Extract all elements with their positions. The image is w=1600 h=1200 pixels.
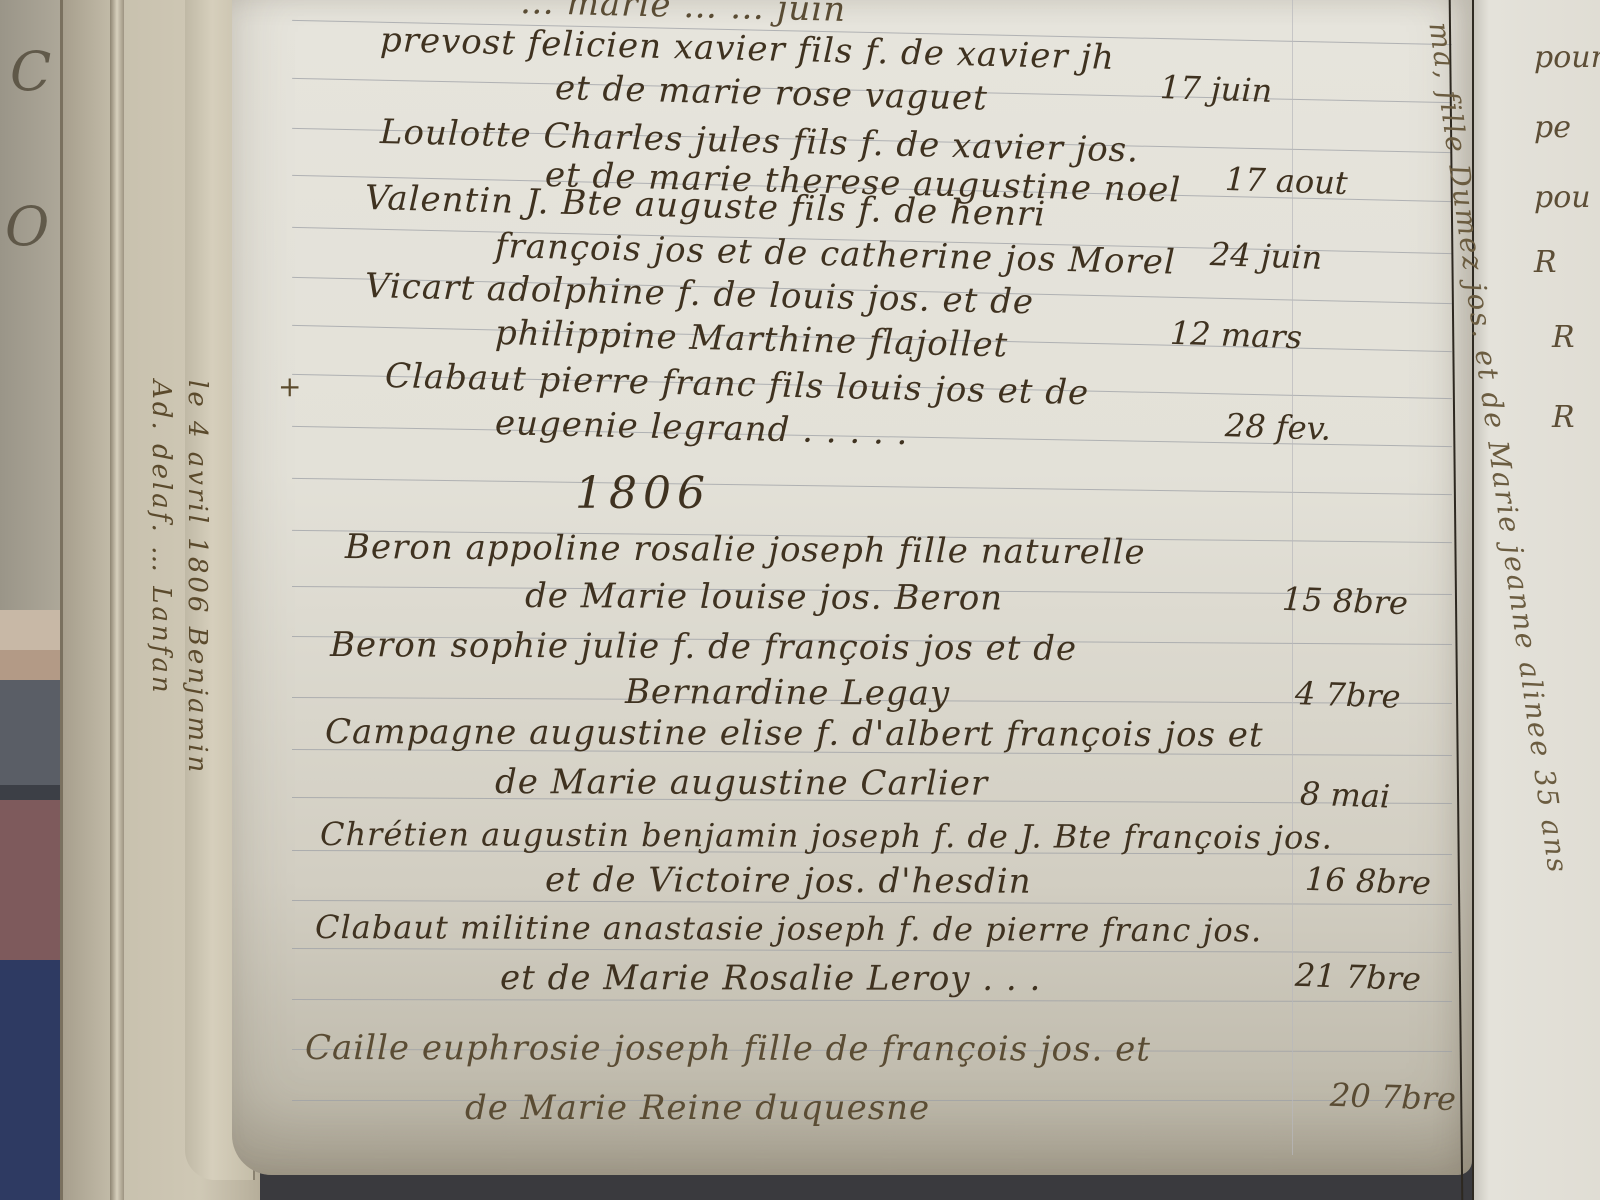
entry-name-line: Beron appoline rosalie joseph fille natu… (345, 527, 1146, 573)
facing-page-word: R (1552, 320, 1575, 355)
entry-date: 24 juin (1209, 235, 1323, 277)
entry-date: 21 7bre (1294, 956, 1421, 998)
ruled-line (292, 999, 1452, 1002)
facing-page-word: R (1552, 400, 1575, 435)
entry-date: 28 fev. (1224, 406, 1331, 448)
entry-parent-line: et de Victoire jos. d'hesdin (545, 860, 1032, 902)
margin-note-line: le 4 avril 1806 Benjamin (179, 380, 215, 775)
entry-name-line: Caille euphrosie joseph fille de françoi… (305, 1028, 1151, 1069)
facing-page-word: pou (1534, 180, 1591, 215)
background-glyph: C (10, 40, 51, 103)
facing-page-word: pe (1534, 110, 1571, 145)
entry-parent-line: de Marie louise jos. Beron (525, 576, 1003, 619)
margin-note-left: le 4 avril 1806 Benjamin Ad. delaf. … La… (143, 380, 215, 775)
book-cover-edge (110, 0, 124, 1200)
ruled-line (292, 948, 1452, 953)
background-glyph: O (5, 195, 49, 258)
entry-date: 17 aout (1224, 160, 1348, 202)
background-shelf (0, 680, 65, 785)
entry-date: 17 juin (1159, 68, 1273, 110)
margin-cross: + (278, 370, 301, 403)
entry-parent-line: de Marie Reine duquesne (465, 1088, 930, 1128)
entry-name-line: Beron sophie julie f. de françois jos et… (330, 625, 1077, 669)
entry-date: 4 7bre (1294, 674, 1401, 716)
entry-name-line: Clabaut militine anastasie joseph f. de … (315, 908, 1262, 949)
facing-page-word: R (1534, 245, 1557, 280)
entry-name-line: Chrétien augustin benjamin joseph f. de … (320, 815, 1333, 857)
entry-date: 12 mars (1169, 314, 1302, 357)
entry-name-line: Campagne augustine elise f. d'albert fra… (325, 712, 1264, 755)
entry-date: 15 8bre (1281, 580, 1408, 622)
entry-parent-line: et de Marie Rosalie Leroy . . . (500, 958, 1041, 999)
ruled-line (292, 478, 1452, 495)
background-red-object (0, 800, 60, 980)
entry-parent-line: Bernardine Legay (625, 672, 950, 714)
entry-parent-line: de Marie augustine Carlier (495, 762, 988, 804)
facing-page-word: pour (1534, 40, 1600, 75)
entry-date: 8 mai (1299, 774, 1390, 815)
background-shelf (0, 785, 60, 800)
margin-note-line: Ad. delaf. … Lanfan (143, 380, 179, 775)
entry-date: 20 7bre (1329, 1076, 1456, 1118)
year-heading: 1806 (575, 468, 711, 519)
entry-date: 16 8bre (1304, 860, 1431, 902)
